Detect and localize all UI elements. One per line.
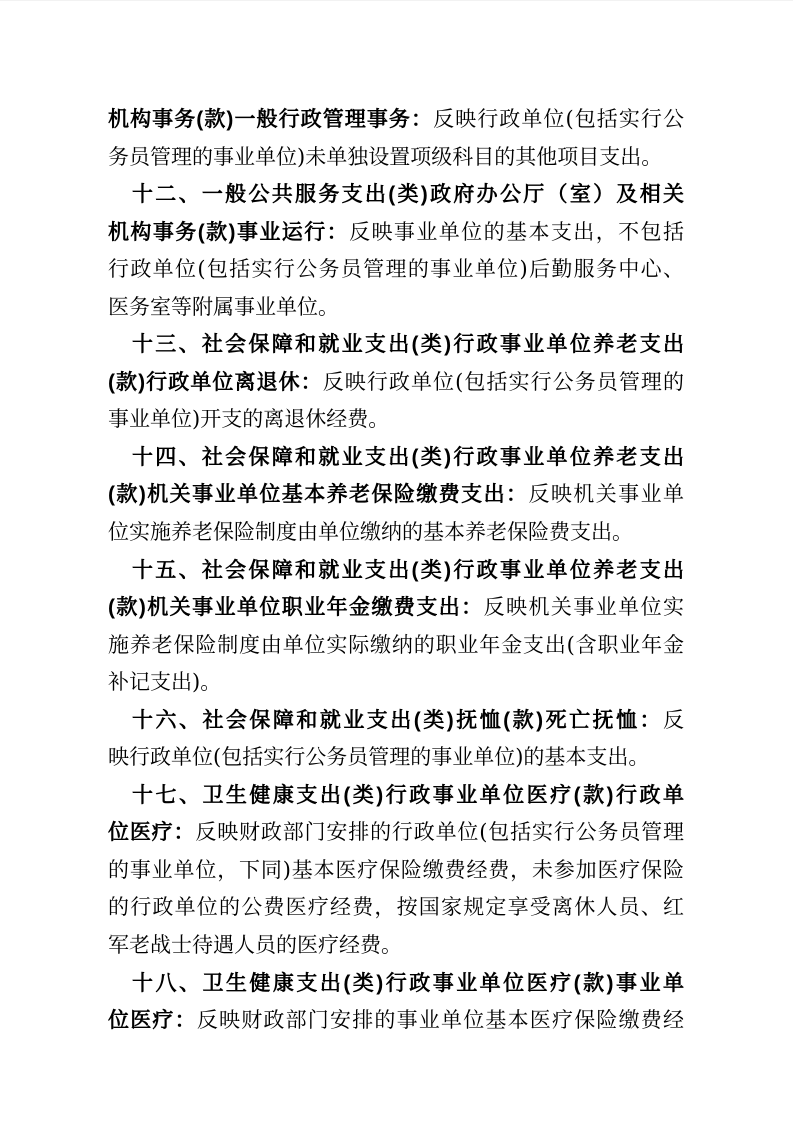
heading-text: 机构事务(款)事业运行： bbox=[108, 221, 349, 244]
body-text: 反 bbox=[663, 708, 684, 732]
heading-text: 十三、社会保障和就业支出(类)行政事业单位养老支出 bbox=[132, 333, 684, 356]
text-line-22: 的行政单位的公费医疗经费，按国家规定享受离休人员、红 bbox=[108, 889, 684, 927]
body-text: 反映机关事业单位实 bbox=[484, 595, 684, 619]
body-text: 医务室等附属事业单位。 bbox=[108, 295, 339, 319]
text-line-20: 位医疗：反映财政部门安排的行政单位(包括实行公务员管理 bbox=[108, 814, 684, 852]
text-line-12: 位实施养老保险制度由单位缴纳的基本养老保险费支出。 bbox=[108, 514, 684, 552]
heading-text: 十五、社会保障和就业支出(类)行政事业单位养老支出 bbox=[132, 559, 684, 582]
text-line-5: 行政单位(包括实行公务员管理的事业单位)后勤服务中心、 bbox=[108, 251, 684, 289]
body-text: 反映财政部门安排的事业单位基本医疗保险缴费经 bbox=[197, 1008, 684, 1032]
text-line-4: 机构事务(款)事业运行：反映事业单位的基本支出，不包括 bbox=[108, 214, 684, 252]
body-text: 的行政单位的公费医疗经费，按国家规定享受离休人员、红 bbox=[108, 895, 684, 919]
heading-text: 位医疗： bbox=[108, 1009, 197, 1032]
document-text-block: 机构事务(款)一般行政管理事务：反映行政单位(包括实行公 务员管理的事业单位)未… bbox=[108, 101, 684, 1040]
text-line-2: 务员管理的事业单位)未单独设置项级科目的其他项目支出。 bbox=[108, 139, 684, 177]
body-text: 反映行政单位(包括实行公 bbox=[433, 107, 684, 131]
body-text: 反映财政部门安排的行政单位(包括实行公务员管理 bbox=[195, 820, 684, 844]
body-text: 事业单位)开支的离退休经费。 bbox=[108, 407, 389, 431]
text-line-14: (款)机关事业单位职业年金缴费支出：反映机关事业单位实 bbox=[108, 589, 684, 627]
document-page: 机构事务(款)一般行政管理事务：反映行政单位(包括实行公 务员管理的事业单位)未… bbox=[0, 0, 793, 1122]
text-line-11: (款)机关事业单位基本养老保险缴费支出：反映机关事业单 bbox=[108, 476, 684, 514]
text-line-8: (款)行政单位离退休：反映行政单位(包括实行公务员管理的 bbox=[108, 364, 684, 402]
heading-text: 十七、卫生健康支出(类)行政事业单位医疗(款)行政单 bbox=[132, 784, 684, 807]
text-line-19: 十七、卫生健康支出(类)行政事业单位医疗(款)行政单 bbox=[108, 777, 684, 815]
body-text: 补记支出)。 bbox=[108, 670, 221, 694]
text-line-9: 事业单位)开支的离退休经费。 bbox=[108, 401, 684, 439]
body-text: 施养老保险制度由单位实际缴纳的职业年金支出(含职业年金 bbox=[108, 633, 684, 657]
text-line-23: 军老战士待遇人员的医疗经费。 bbox=[108, 927, 684, 965]
text-line-25: 位医疗：反映财政部门安排的事业单位基本医疗保险缴费经 bbox=[108, 1002, 684, 1040]
body-text: 军老战士待遇人员的医疗经费。 bbox=[108, 933, 402, 957]
body-text: 行政单位(包括实行公务员管理的事业单位)后勤服务中心、 bbox=[108, 257, 684, 281]
body-text: 反映行政单位(包括实行公务员管理的 bbox=[323, 370, 684, 394]
heading-text: (款)机关事业单位职业年金缴费支出： bbox=[108, 596, 484, 619]
text-line-17: 十六、社会保障和就业支出(类)抚恤(款)死亡抚恤：反 bbox=[108, 702, 684, 740]
text-line-7: 十三、社会保障和就业支出(类)行政事业单位养老支出 bbox=[108, 326, 684, 364]
text-line-3: 十二、一般公共服务支出(类)政府办公厅（室）及相关 bbox=[108, 176, 684, 214]
text-line-21: 的事业单位，下同)基本医疗保险缴费经费，未参加医疗保险 bbox=[108, 852, 684, 890]
text-line-10: 十四、社会保障和就业支出(类)行政事业单位养老支出 bbox=[108, 439, 684, 477]
text-line-16: 补记支出)。 bbox=[108, 664, 684, 702]
text-line-1: 机构事务(款)一般行政管理事务：反映行政单位(包括实行公 bbox=[108, 101, 684, 139]
heading-text: 十六、社会保障和就业支出(类)抚恤(款)死亡抚恤： bbox=[132, 709, 663, 732]
heading-text: 十四、社会保障和就业支出(类)行政事业单位养老支出 bbox=[132, 446, 684, 469]
heading-text: 机构事务(款)一般行政管理事务： bbox=[108, 108, 433, 131]
text-line-6: 医务室等附属事业单位。 bbox=[108, 289, 684, 327]
body-text: 反映事业单位的基本支出，不包括 bbox=[349, 220, 684, 244]
body-text: 映行政单位(包括实行公务员管理的事业单位)的基本支出。 bbox=[108, 745, 649, 769]
heading-text: 十二、一般公共服务支出(类)政府办公厅（室）及相关 bbox=[132, 183, 684, 206]
text-line-13: 十五、社会保障和就业支出(类)行政事业单位养老支出 bbox=[108, 552, 684, 590]
text-line-15: 施养老保险制度由单位实际缴纳的职业年金支出(含职业年金 bbox=[108, 627, 684, 665]
body-text: 务员管理的事业单位)未单独设置项级科目的其他项目支出。 bbox=[108, 145, 662, 169]
body-text: 反映机关事业单 bbox=[528, 482, 684, 506]
text-line-18: 映行政单位(包括实行公务员管理的事业单位)的基本支出。 bbox=[108, 739, 684, 777]
text-line-24: 十八、卫生健康支出(类)行政事业单位医疗(款)事业单 bbox=[108, 965, 684, 1003]
heading-text: 十八、卫生健康支出(类)行政事业单位医疗(款)事业单 bbox=[132, 972, 684, 995]
body-text: 的事业单位，下同)基本医疗保险缴费经费，未参加医疗保险 bbox=[108, 858, 684, 882]
heading-text: 位医疗： bbox=[108, 821, 195, 844]
body-text: 位实施养老保险制度由单位缴纳的基本养老保险费支出。 bbox=[108, 520, 633, 544]
heading-text: (款)行政单位离退休： bbox=[108, 371, 323, 394]
heading-text: (款)机关事业单位基本养老保险缴费支出： bbox=[108, 483, 528, 506]
